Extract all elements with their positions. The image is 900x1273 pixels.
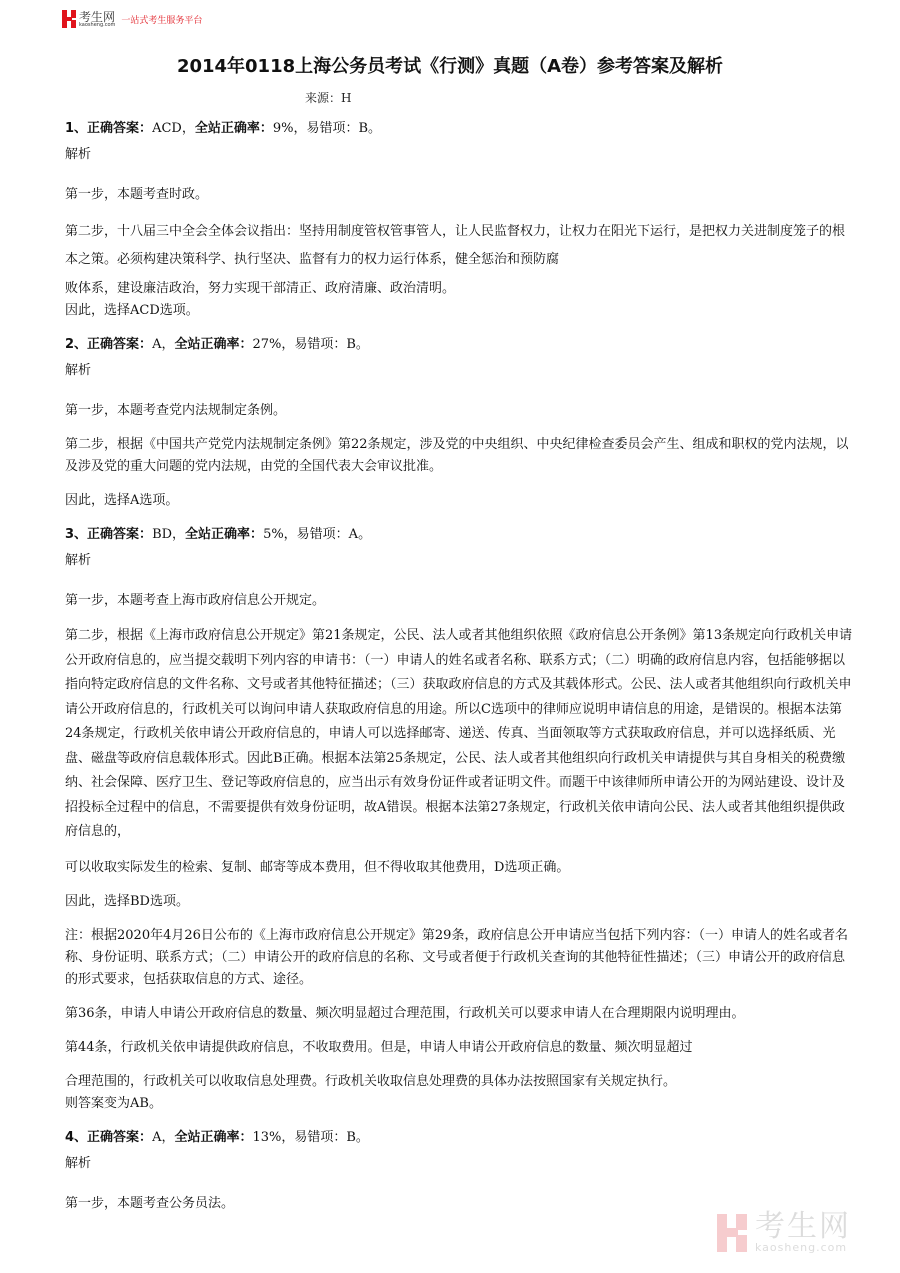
logo-mark-icon xyxy=(62,10,76,28)
document-source: 来源：H xyxy=(305,89,351,106)
rate-label: 全站正确率： xyxy=(195,121,273,136)
analysis-paragraph: 因此，选择ACD选项。 xyxy=(65,300,855,322)
answer-label: 正确答案： xyxy=(87,1130,152,1145)
note-paragraph: 第44条，行政机关依申请提供政府信息，不收取费用。但是，申请人申请公开政府信息的… xyxy=(65,1037,855,1059)
question-header: 1、正确答案：ACD，全站正确率：9%，易错项：B。 xyxy=(65,118,855,140)
rate-value: 5%，易错项：A。 xyxy=(263,527,371,542)
question-4: 4、正确答案：A，全站正确率：13%，易错项：B。 解析 第一步，本题考查公务员… xyxy=(65,1127,855,1215)
rate-label: 全站正确率： xyxy=(174,337,252,352)
analysis-paragraph: 因此，选择BD选项。 xyxy=(65,891,855,913)
answer-value: A， xyxy=(152,337,174,352)
analysis-paragraph: 第二步，十八届三中全会全体会议指出：坚持用制度管权管事管人，让人民监督权力，让权… xyxy=(65,218,855,274)
logo-en: kaosheng.com xyxy=(79,23,115,28)
header-logo: 考生网 kaosheng.com 一站式考生服务平台 xyxy=(62,7,202,31)
answer-label: 正确答案： xyxy=(87,527,152,542)
document-body: 1、正确答案：ACD，全站正确率：9%，易错项：B。 解析 第一步，本题考查时政… xyxy=(65,118,855,1215)
question-number: 3、 xyxy=(65,527,87,542)
document-title: 2014年0118上海公务员考试《行测》真题（A卷）参考答案及解析 xyxy=(0,52,900,78)
analysis-paragraph: 败体系，建设廉洁政治，努力实现干部清正、政府清廉、政治清明。 xyxy=(65,278,855,300)
analysis-paragraph: 第一步，本题考查党内法规制定条例。 xyxy=(65,400,855,422)
rate-value: 9%，易错项：B。 xyxy=(273,121,381,136)
rate-value: 27%，易错项：B。 xyxy=(252,337,368,352)
analysis-label: 解析 xyxy=(65,360,855,382)
analysis-paragraph: 第一步，本题考查时政。 xyxy=(65,184,855,206)
answer-value: A， xyxy=(152,1130,174,1145)
note-paragraph: 注：根据2020年4月26日公布的《上海市政府信息公开规定》第29条，政府信息公… xyxy=(65,925,855,991)
logo-text: 考生网 kaosheng.com xyxy=(79,11,115,28)
analysis-paragraph: 第二步，根据《中国共产党党内法规制定条例》第22条规定，涉及党的中央组织、中央纪… xyxy=(65,434,855,478)
question-2: 2、正确答案：A，全站正确率：27%，易错项：B。 解析 第一步，本题考查党内法… xyxy=(65,334,855,512)
question-number: 2、 xyxy=(65,337,87,352)
analysis-paragraph: 第二步，根据《上海市政府信息公开规定》第21条规定，公民、法人或者其他组织依照《… xyxy=(65,624,855,845)
question-header: 2、正确答案：A，全站正确率：27%，易错项：B。 xyxy=(65,334,855,356)
question-header: 4、正确答案：A，全站正确率：13%，易错项：B。 xyxy=(65,1127,855,1149)
analysis-label: 解析 xyxy=(65,1153,855,1175)
question-number: 1、 xyxy=(65,121,87,136)
analysis-label: 解析 xyxy=(65,144,855,166)
question-3: 3、正确答案：BD，全站正确率：5%，易错项：A。 解析 第一步，本题考查上海市… xyxy=(65,524,855,1115)
answer-value: BD， xyxy=(152,527,185,542)
watermark-text: 考生网 kaosheng.com xyxy=(755,1212,851,1253)
note-paragraph: 第36条，申请人申请公开政府信息的数量、频次明显超过合理范围，行政机关可以要求申… xyxy=(65,1003,855,1025)
watermark-logo: 考生网 kaosheng.com xyxy=(717,1205,887,1260)
analysis-paragraph: 第一步，本题考查上海市政府信息公开规定。 xyxy=(65,590,855,612)
rate-label: 全站正确率： xyxy=(185,527,263,542)
logo-slogan: 一站式考生服务平台 xyxy=(121,13,202,26)
logo-cn: 考生网 xyxy=(79,11,115,23)
rate-value: 13%，易错项：B。 xyxy=(252,1130,368,1145)
answer-label: 正确答案： xyxy=(87,121,152,136)
note-paragraph: 则答案变为AB。 xyxy=(65,1093,855,1115)
question-number: 4、 xyxy=(65,1130,87,1145)
watermark-cn: 考生网 xyxy=(755,1212,851,1242)
watermark-mark-icon xyxy=(717,1214,747,1252)
answer-label: 正确答案： xyxy=(87,337,152,352)
question-1: 1、正确答案：ACD，全站正确率：9%，易错项：B。 解析 第一步，本题考查时政… xyxy=(65,118,855,322)
analysis-paragraph: 可以收取实际发生的检索、复制、邮寄等成本费用，但不得收取其他费用，D选项正确。 xyxy=(65,857,855,879)
answer-value: ACD， xyxy=(152,121,195,136)
watermark-en: kaosheng.com xyxy=(755,1242,851,1253)
rate-label: 全站正确率： xyxy=(174,1130,252,1145)
note-paragraph: 合理范围的，行政机关可以收取信息处理费。行政机关收取信息处理费的具体办法按照国家… xyxy=(65,1071,855,1093)
analysis-paragraph: 因此，选择A选项。 xyxy=(65,490,855,512)
analysis-label: 解析 xyxy=(65,550,855,572)
question-header: 3、正确答案：BD，全站正确率：5%，易错项：A。 xyxy=(65,524,855,546)
